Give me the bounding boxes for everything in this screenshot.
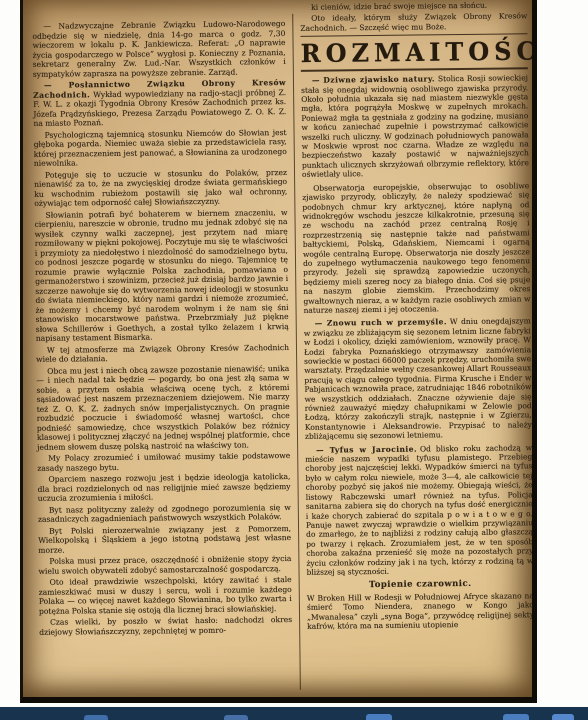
- paragraph-text: Oto ideały, którym służy Związek Obrony …: [300, 12, 527, 33]
- paragraph-text: Słowianin potrafi być bohaterem w bierne…: [35, 207, 289, 342]
- paragraph-text: Polska musi przez prace, oszczędność i o…: [38, 554, 291, 575]
- cropped-glyph: [366, 714, 392, 720]
- paragraph-text: W tej atmosferze ma Związek Obrony Kresó…: [36, 342, 289, 363]
- closing-paragraph: W Broken Hill w Rodesji w Południowej Af…: [307, 591, 534, 631]
- paragraph-text: — Nadzwyczajne Zebranie Związku Ludowo-N…: [32, 19, 285, 78]
- news-item: — Dziwne zjawisko natury.Stolica Rosji s…: [301, 73, 529, 179]
- paragraph: Oto ideały, którym służy Związek Obrony …: [300, 12, 527, 33]
- cropped-glyph: [503, 714, 529, 720]
- bottom-cropped-bar: [0, 707, 588, 720]
- news-item-text: Obserwatorja europejskie, obserwując to …: [302, 181, 530, 315]
- paragraph: Byt Polski nierozerwalnie związany jest …: [38, 523, 291, 554]
- paragraph-text: Byt nasz polityczny zależy od zgodnego p…: [38, 502, 291, 523]
- paragraph-text: Czas wielki, by poszło w świat hasło: na…: [39, 615, 292, 636]
- paragraph-text: Oto ideał prawdziwie wszechpolski, który…: [39, 575, 292, 615]
- paragraph: Byt nasz polityczny zależy od zgodnego p…: [38, 502, 291, 524]
- news-item-text: Stolica Rosji sowieckiej stała się onegd…: [301, 73, 529, 179]
- paragraph: — Posłannictwo Związku Obrony Kresów Zac…: [33, 78, 287, 128]
- page-content: — Nadzwyczajne Zebranie Związku Ludowo-N…: [20, 0, 536, 700]
- cropped-glyph: [552, 714, 574, 720]
- news-item-text: Od blisko roku zachodzą w mieście naszem…: [305, 443, 533, 577]
- paragraph-text: Obca mu jest i niech obcą zawsze pozosta…: [36, 363, 290, 451]
- paragraph: Czas wielki, by poszło w świat hasło: na…: [39, 615, 292, 637]
- news-item: Obserwatorja europejskie, obserwując to …: [302, 181, 530, 315]
- left-column: — Nadzwyczajne Zebranie Związku Ludowo-N…: [32, 19, 292, 639]
- section-title: ROZMAITOŚCI: [301, 38, 528, 68]
- continuation-paragraphs: ki cieniów, idzie brać swoje miejsce na …: [300, 0, 527, 33]
- paragraph: Polska musi przez prace, oszczędność i o…: [38, 554, 291, 576]
- paragraph: — Nadzwyczajne Zebranie Związku Ludowo-N…: [32, 19, 286, 79]
- paragraph-text: ki cieniów, idzie brać swoje miejsce na …: [311, 1, 487, 12]
- paragraph: ki cieniów, idzie brać swoje miejsce na …: [300, 0, 527, 12]
- paragraph: Potęguje się to uczucie w stosunku do Po…: [34, 167, 287, 208]
- paragraph: Psychologiczną tajemnicą stosunku Niemcó…: [34, 127, 287, 168]
- scanned-newspaper-screenshot: — Nadzwyczajne Zebranie Związku Ludowo-N…: [0, 0, 588, 720]
- horizontal-rule-below-title: [301, 67, 528, 72]
- right-column: ki cieniów, idzie brać swoje miejsce na …: [300, 0, 534, 633]
- news-item-text: W dniu onegdajszym w związku ze zbliżają…: [304, 317, 532, 441]
- paragraph-text: Byt Polski nierozerwalnie związany jest …: [38, 523, 291, 554]
- paragraph: Słowianin potrafi być bohaterem w bierne…: [34, 207, 288, 343]
- paragraph-text: Potęguje się to uczucie w stosunku do Po…: [34, 167, 287, 207]
- paragraph: Oparciem naszego rozwoju jest i będzie i…: [37, 472, 290, 503]
- news-items: — Dziwne zjawisko natury.Stolica Rosji s…: [301, 73, 534, 577]
- paragraph: Obca mu jest i niech obcą zawsze pozosta…: [36, 363, 290, 451]
- news-item: — Tyfus w Jarocinie.Od blisko roku zacho…: [305, 443, 533, 577]
- column-divider: [292, 14, 301, 690]
- cropped-glyph: [84, 715, 108, 720]
- news-item: — Znowu ruch w przemyśle.W dniu onegdajs…: [304, 317, 532, 442]
- paragraph-text: Psychologiczną tajemnicą stosunku Niemcó…: [34, 127, 287, 167]
- subheading: Topienie czarownic.: [307, 580, 534, 592]
- paragraph: My Polacy zrozumieć i umiłować musimy ta…: [37, 451, 290, 473]
- paragraph: Oto ideał prawdziwie wszechpolski, który…: [39, 575, 292, 616]
- paragraph: W tej atmosferze ma Związek Obrony Kresó…: [36, 342, 289, 364]
- paragraph-text: Oparciem naszego rozwoju jest i będzie i…: [38, 472, 291, 503]
- paragraph-text: My Polacy zrozumieć i umiłować musimy ta…: [37, 451, 290, 472]
- cropped-glyph: [224, 715, 248, 720]
- newspaper-page: — Nadzwyczajne Zebranie Związku Ludowo-N…: [20, 0, 537, 703]
